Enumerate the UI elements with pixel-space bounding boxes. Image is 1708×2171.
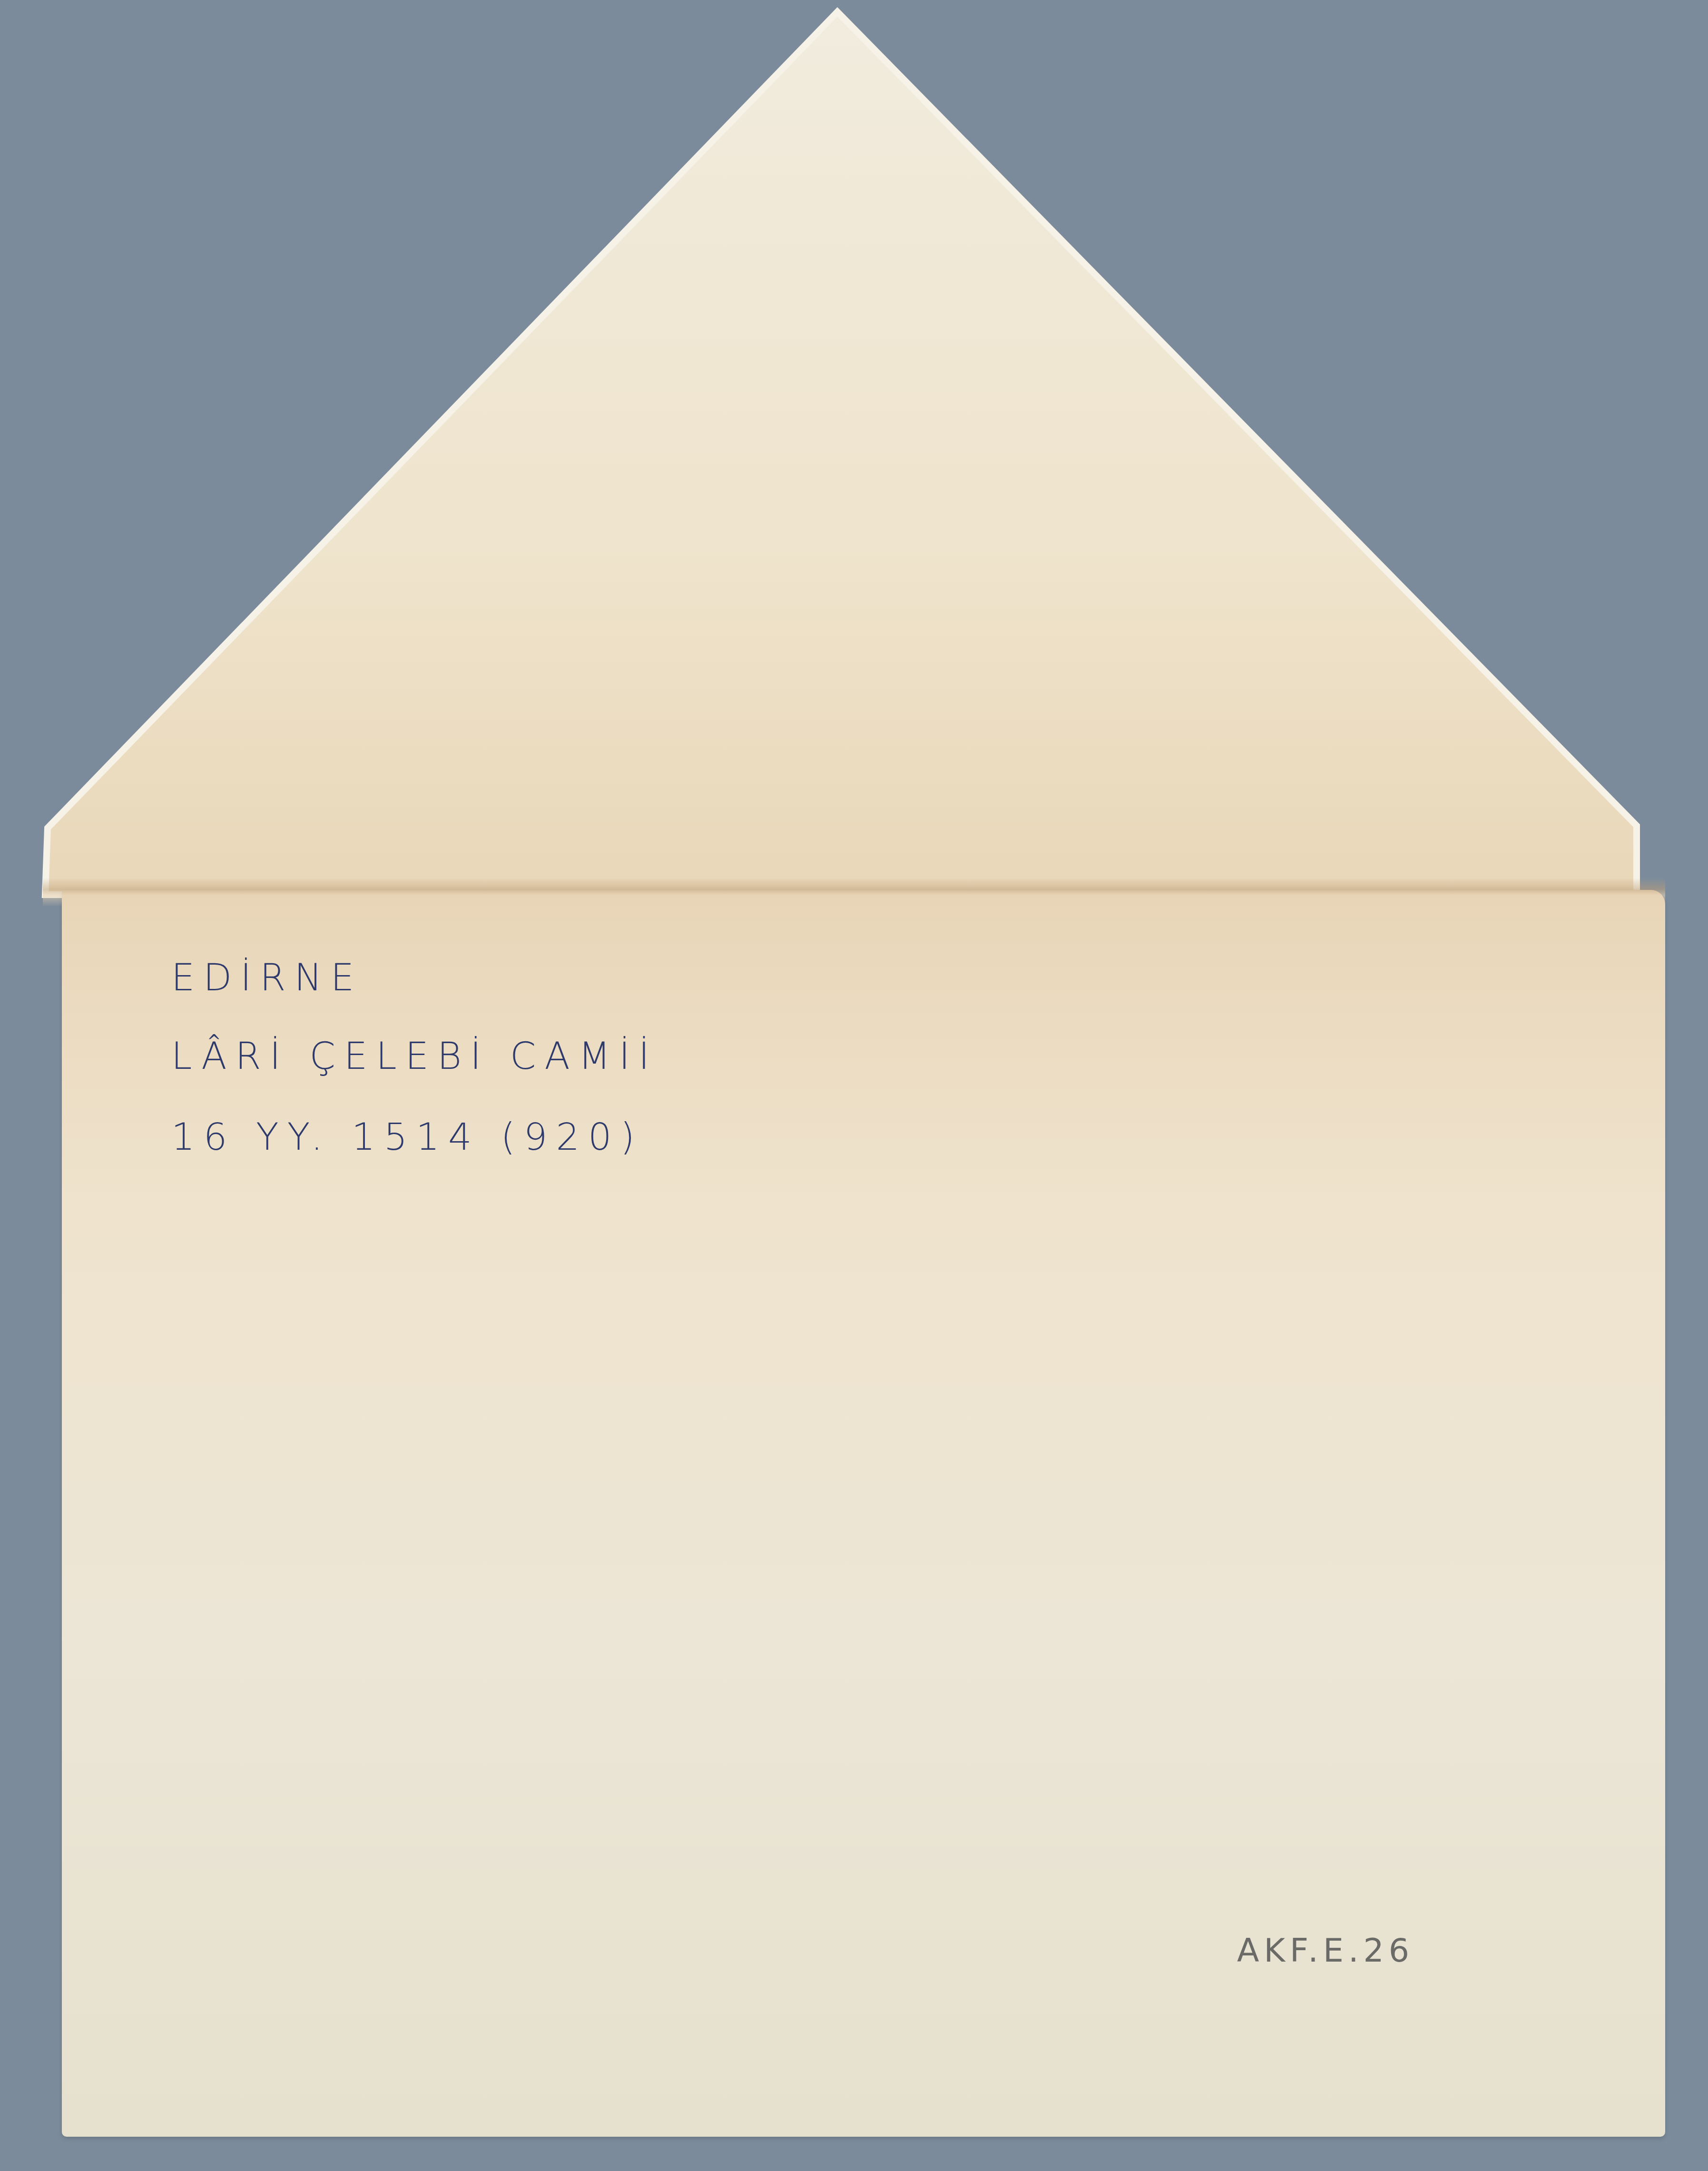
inscription-city: EDİRNE [171, 957, 363, 999]
envelope-flap [0, 0, 1708, 904]
inscription-date: 16 YY. 1514 (920) [171, 1116, 643, 1159]
inscription-mosque-name: LÂRİ ÇELEBİ CAMİİ [171, 1035, 658, 1078]
catalog-code: AKF.E.26 [1237, 1932, 1414, 1970]
fold-crease [43, 878, 1665, 907]
